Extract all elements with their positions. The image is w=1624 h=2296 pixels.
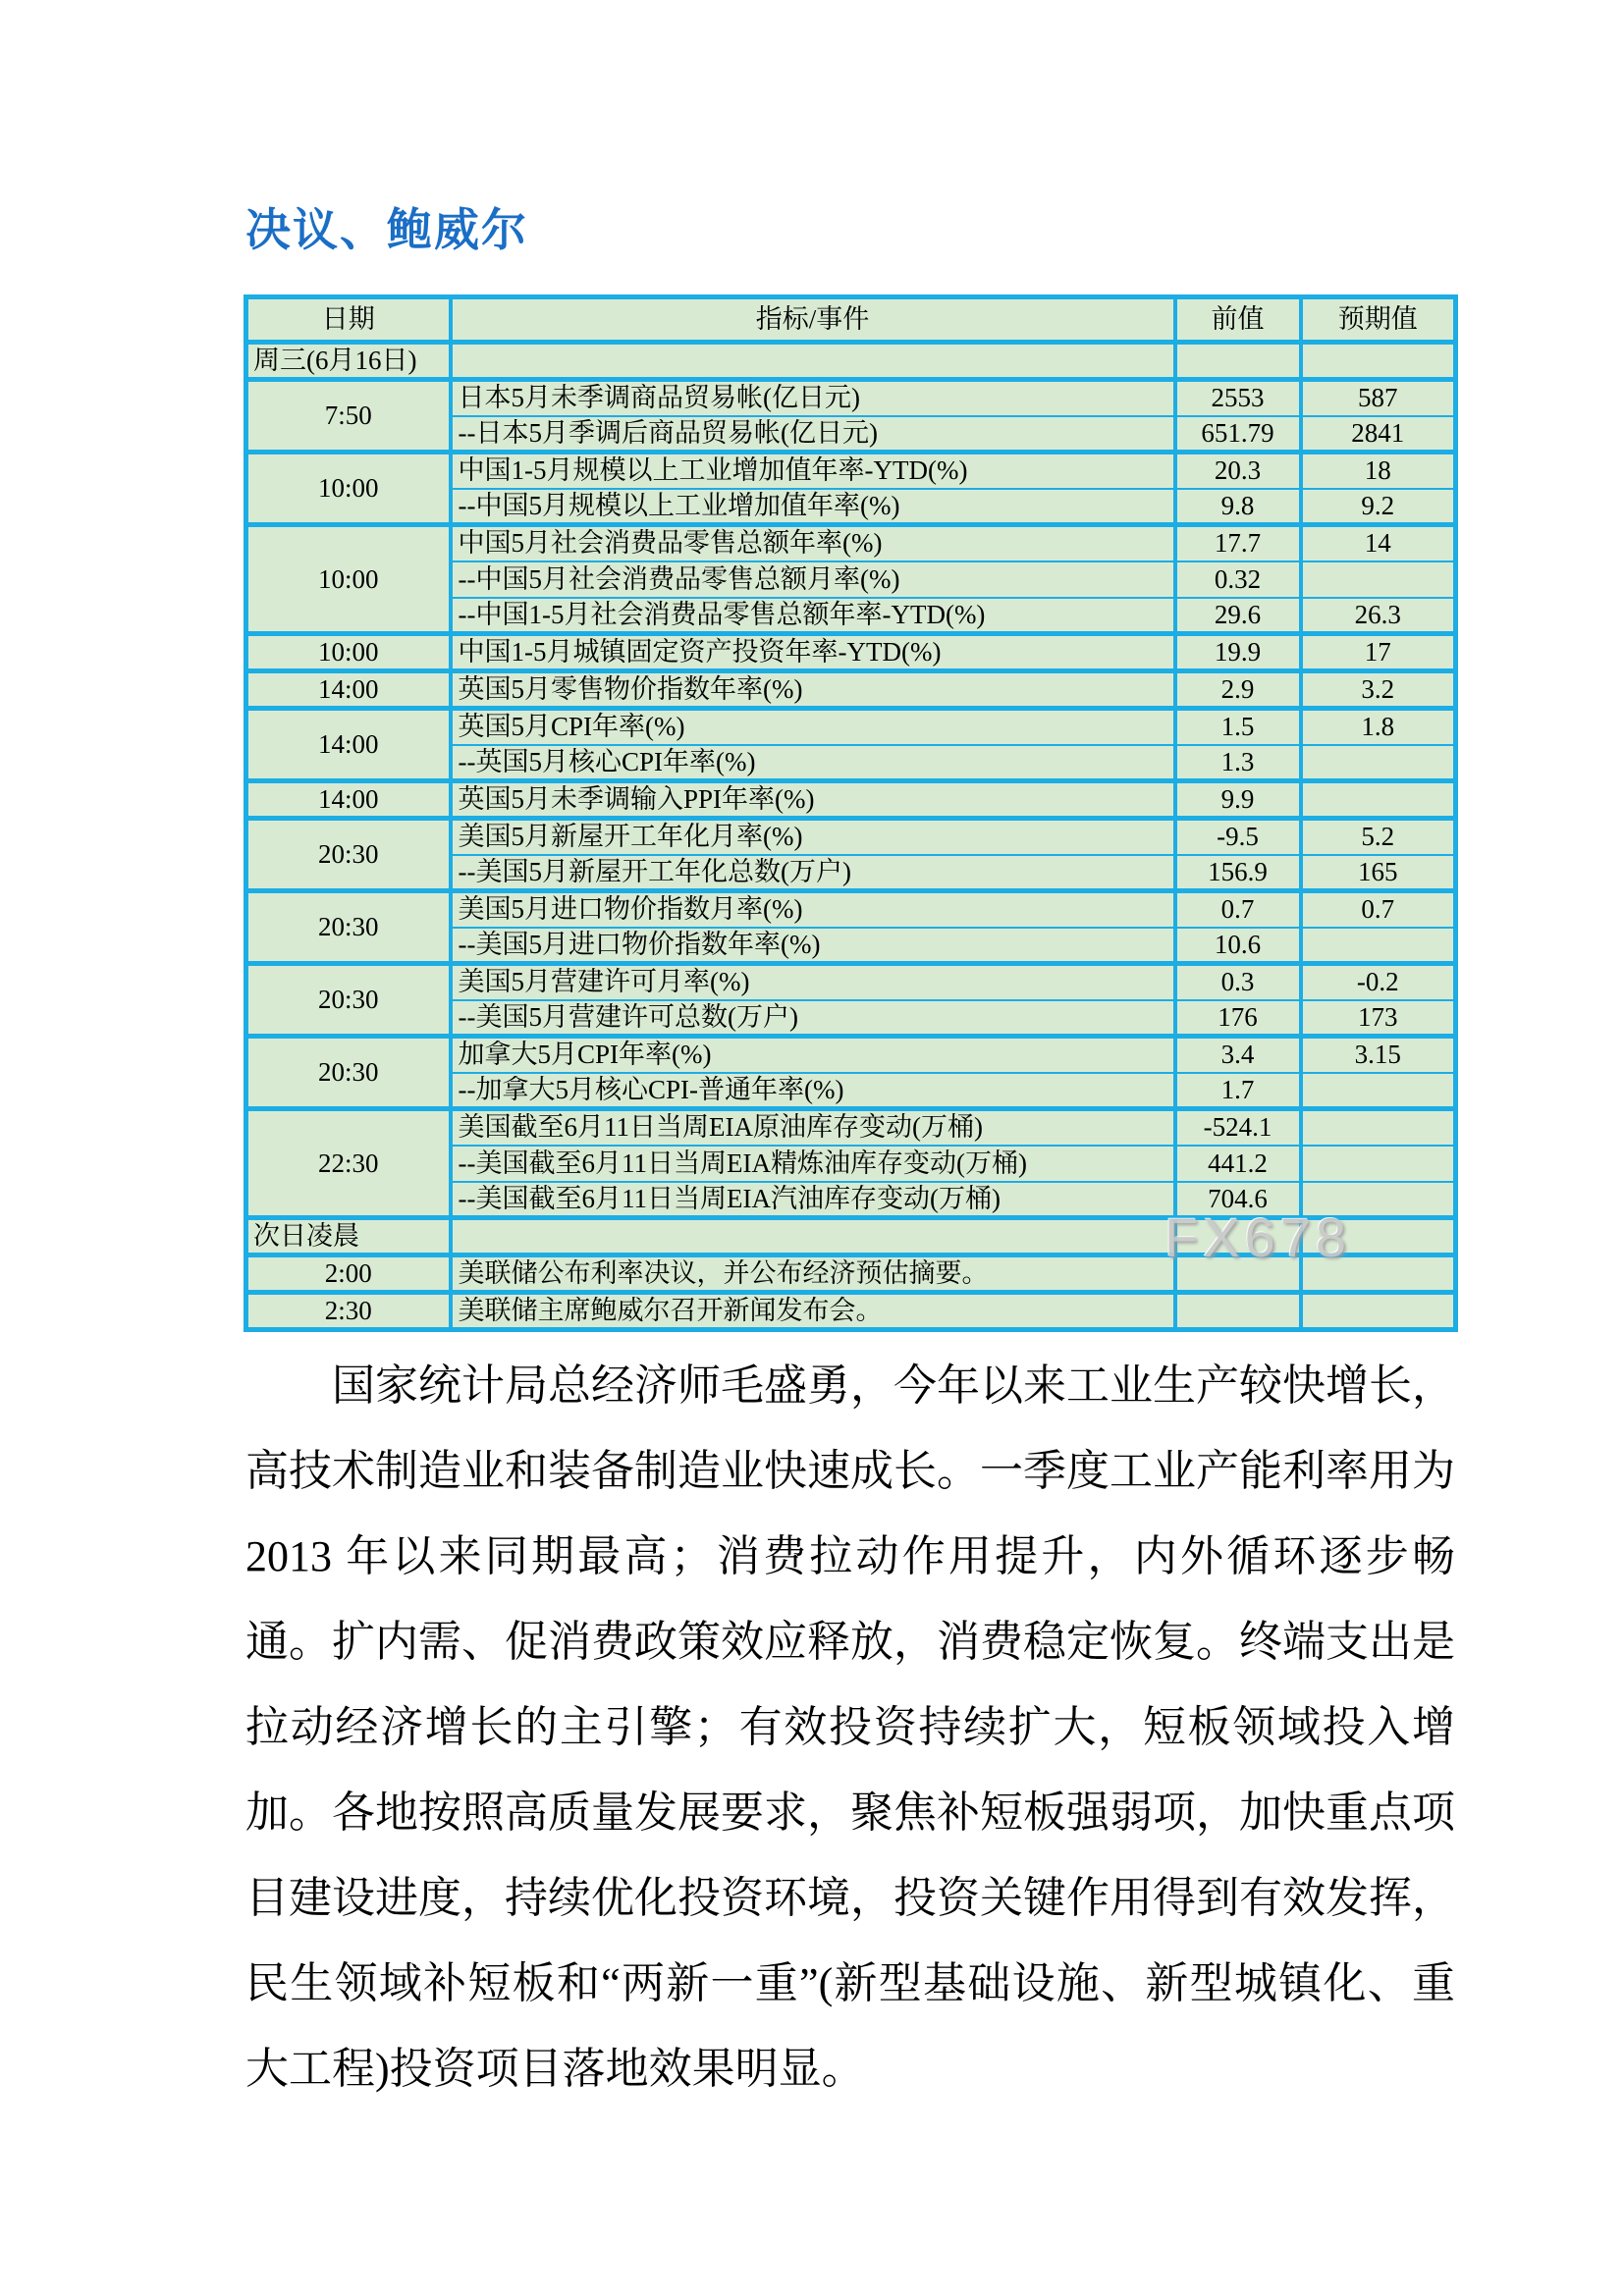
calendar-row: 20:30加拿大5月CPI年率(%)3.43.15	[246, 1037, 1456, 1073]
date-cell: 10:00	[246, 634, 451, 671]
calendar-table-wrap: 日期 指标/事件 前值 预期值 周三(6月16日)7:50日本5月未季调商品贸易…	[244, 294, 1453, 1332]
calendar-row: 20:30美国5月营建许可月率(%)0.3-0.2	[246, 964, 1456, 1000]
prev-value-cell: 3.4	[1175, 1037, 1301, 1073]
indicator-cell: 英国5月未季调输入PPI年率(%)	[451, 781, 1175, 819]
expected-value-cell: 3.2	[1301, 671, 1456, 709]
col-header-expected: 预期值	[1301, 297, 1456, 343]
calendar-row: 20:30美国5月新屋开工年化月率(%)-9.55.2	[246, 819, 1456, 855]
expected-value-cell: -0.2	[1301, 964, 1456, 1000]
indicator-cell: 中国1-5月规模以上工业增加值年率-YTD(%)	[451, 453, 1175, 489]
prev-value-cell: 156.9	[1175, 855, 1301, 891]
indicator-cell: --美国截至6月11日当周EIA精炼油库存变动(万桶)	[451, 1146, 1175, 1182]
calendar-row: 14:00英国5月CPI年率(%)1.51.8	[246, 709, 1456, 745]
indicator-cell: 加拿大5月CPI年率(%)	[451, 1037, 1175, 1073]
body-paragraph: 国家统计局总经济师毛盛勇，今年以来工业生产较快增长，高技术制造业和装备制造业快速…	[245, 1343, 1455, 2111]
date-cell: 20:30	[246, 891, 451, 964]
indicator-cell: 日本5月未季调商品贸易帐(亿日元)	[451, 380, 1175, 416]
indicator-cell: --美国截至6月11日当周EIA汽油库存变动(万桶)	[451, 1182, 1175, 1218]
date-cell: 14:00	[246, 671, 451, 709]
indicator-cell: 美国5月进口物价指数月率(%)	[451, 891, 1175, 928]
prev-value-cell: 2553	[1175, 380, 1301, 416]
prev-value-cell: -9.5	[1175, 819, 1301, 855]
date-cell: 20:30	[246, 1037, 451, 1109]
indicator-cell: --中国5月规模以上工业增加值年率(%)	[451, 489, 1175, 525]
prev-value-cell: 1.3	[1175, 745, 1301, 781]
expected-value-cell	[1301, 343, 1456, 380]
calendar-row: 7:50日本5月未季调商品贸易帐(亿日元)2553587	[246, 380, 1456, 416]
col-header-date: 日期	[246, 297, 451, 343]
expected-value-cell	[1301, 781, 1456, 819]
col-header-previous: 前值	[1175, 297, 1301, 343]
indicator-cell: 英国5月CPI年率(%)	[451, 709, 1175, 745]
expected-value-cell: 17	[1301, 634, 1456, 671]
date-cell: 2:30	[246, 1293, 451, 1330]
calendar-row: 14:00英国5月零售物价指数年率(%)2.93.2	[246, 671, 1456, 709]
prev-value-cell: 441.2	[1175, 1146, 1301, 1182]
prev-value-cell: 20.3	[1175, 453, 1301, 489]
calendar-row: 次日凌晨	[246, 1218, 1456, 1255]
economic-calendar-table: 日期 指标/事件 前值 预期值 周三(6月16日)7:50日本5月未季调商品贸易…	[244, 294, 1458, 1332]
date-cell: 14:00	[246, 709, 451, 781]
indicator-cell	[451, 1218, 1175, 1255]
calendar-row: 22:30美国截至6月11日当周EIA原油库存变动(万桶)-524.1	[246, 1109, 1456, 1146]
expected-value-cell	[1301, 1218, 1456, 1255]
section-title: 决议、鲍威尔	[245, 194, 528, 259]
date-cell: 10:00	[246, 453, 451, 525]
prev-value-cell	[1175, 1255, 1301, 1293]
expected-value-cell: 173	[1301, 1000, 1456, 1037]
prev-value-cell: 1.5	[1175, 709, 1301, 745]
calendar-header-row: 日期 指标/事件 前值 预期值	[246, 297, 1456, 343]
expected-value-cell	[1301, 561, 1456, 598]
calendar-row: 2:30美联储主席鲍威尔召开新闻发布会。	[246, 1293, 1456, 1330]
expected-value-cell: 1.8	[1301, 709, 1456, 745]
calendar-row: 14:00英国5月未季调输入PPI年率(%)9.9	[246, 781, 1456, 819]
date-cell: 次日凌晨	[246, 1218, 451, 1255]
indicator-cell: 美国截至6月11日当周EIA原油库存变动(万桶)	[451, 1109, 1175, 1146]
expected-value-cell: 26.3	[1301, 598, 1456, 634]
calendar-row: 2:00美联储公布利率决议，并公布经济预估摘要。	[246, 1255, 1456, 1293]
prev-value-cell	[1175, 1218, 1301, 1255]
date-cell: 22:30	[246, 1109, 451, 1218]
calendar-row: 周三(6月16日)	[246, 343, 1456, 380]
expected-value-cell: 0.7	[1301, 891, 1456, 928]
calendar-row: 10:00中国1-5月城镇固定资产投资年率-YTD(%)19.917	[246, 634, 1456, 671]
date-cell: 7:50	[246, 380, 451, 453]
prev-value-cell: 17.7	[1175, 525, 1301, 561]
indicator-cell	[451, 343, 1175, 380]
date-cell: 14:00	[246, 781, 451, 819]
expected-value-cell	[1301, 1146, 1456, 1182]
date-cell: 20:30	[246, 819, 451, 891]
calendar-row: 10:00中国5月社会消费品零售总额年率(%)17.714	[246, 525, 1456, 561]
indicator-cell: --日本5月季调后商品贸易帐(亿日元)	[451, 416, 1175, 453]
prev-value-cell: 651.79	[1175, 416, 1301, 453]
prev-value-cell: 29.6	[1175, 598, 1301, 634]
expected-value-cell	[1301, 928, 1456, 964]
prev-value-cell: 704.6	[1175, 1182, 1301, 1218]
prev-value-cell: 9.9	[1175, 781, 1301, 819]
prev-value-cell: 9.8	[1175, 489, 1301, 525]
expected-value-cell	[1301, 745, 1456, 781]
indicator-cell: 美国5月新屋开工年化月率(%)	[451, 819, 1175, 855]
calendar-table-body: 周三(6月16日)7:50日本5月未季调商品贸易帐(亿日元)2553587--日…	[246, 343, 1456, 1330]
expected-value-cell	[1301, 1109, 1456, 1146]
prev-value-cell: 2.9	[1175, 671, 1301, 709]
expected-value-cell: 9.2	[1301, 489, 1456, 525]
indicator-cell: --美国5月新屋开工年化总数(万户)	[451, 855, 1175, 891]
expected-value-cell: 5.2	[1301, 819, 1456, 855]
prev-value-cell	[1175, 1293, 1301, 1330]
prev-value-cell: 1.7	[1175, 1073, 1301, 1109]
expected-value-cell	[1301, 1293, 1456, 1330]
document-page: 决议、鲍威尔 日期 指标/事件 前值 预期值 周三(6月16日)7:50日本5月…	[0, 0, 1624, 2296]
indicator-cell: 美联储公布利率决议，并公布经济预估摘要。	[451, 1255, 1175, 1293]
prev-value-cell: 10.6	[1175, 928, 1301, 964]
prev-value-cell: 0.7	[1175, 891, 1301, 928]
calendar-row: 20:30美国5月进口物价指数月率(%)0.70.7	[246, 891, 1456, 928]
expected-value-cell: 14	[1301, 525, 1456, 561]
col-header-indicator: 指标/事件	[451, 297, 1175, 343]
indicator-cell: --中国1-5月社会消费品零售总额年率-YTD(%)	[451, 598, 1175, 634]
calendar-row: 10:00中国1-5月规模以上工业增加值年率-YTD(%)20.318	[246, 453, 1456, 489]
expected-value-cell	[1301, 1255, 1456, 1293]
expected-value-cell: 587	[1301, 380, 1456, 416]
prev-value-cell: 19.9	[1175, 634, 1301, 671]
prev-value-cell: 0.32	[1175, 561, 1301, 598]
indicator-cell: --美国5月进口物价指数年率(%)	[451, 928, 1175, 964]
prev-value-cell: 0.3	[1175, 964, 1301, 1000]
indicator-cell: --美国5月营建许可总数(万户)	[451, 1000, 1175, 1037]
indicator-cell: 中国5月社会消费品零售总额年率(%)	[451, 525, 1175, 561]
expected-value-cell: 165	[1301, 855, 1456, 891]
prev-value-cell: -524.1	[1175, 1109, 1301, 1146]
date-cell: 2:00	[246, 1255, 451, 1293]
expected-value-cell	[1301, 1073, 1456, 1109]
expected-value-cell: 18	[1301, 453, 1456, 489]
indicator-cell: 英国5月零售物价指数年率(%)	[451, 671, 1175, 709]
indicator-cell: 中国1-5月城镇固定资产投资年率-YTD(%)	[451, 634, 1175, 671]
indicator-cell: 美国5月营建许可月率(%)	[451, 964, 1175, 1000]
indicator-cell: --加拿大5月核心CPI-普通年率(%)	[451, 1073, 1175, 1109]
expected-value-cell: 2841	[1301, 416, 1456, 453]
expected-value-cell	[1301, 1182, 1456, 1218]
date-cell: 20:30	[246, 964, 451, 1037]
prev-value-cell	[1175, 343, 1301, 380]
date-cell: 周三(6月16日)	[246, 343, 451, 380]
expected-value-cell: 3.15	[1301, 1037, 1456, 1073]
date-cell: 10:00	[246, 525, 451, 634]
indicator-cell: 美联储主席鲍威尔召开新闻发布会。	[451, 1293, 1175, 1330]
indicator-cell: --英国5月核心CPI年率(%)	[451, 745, 1175, 781]
prev-value-cell: 176	[1175, 1000, 1301, 1037]
indicator-cell: --中国5月社会消费品零售总额月率(%)	[451, 561, 1175, 598]
